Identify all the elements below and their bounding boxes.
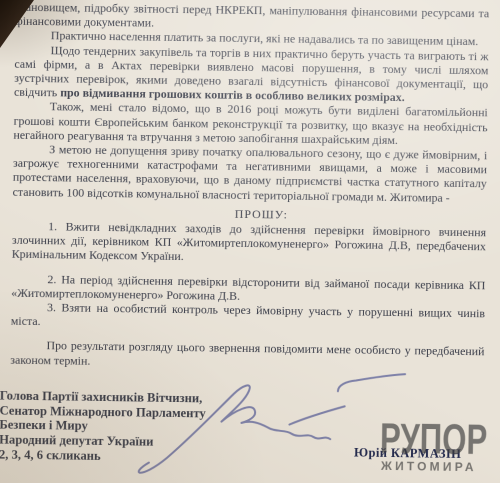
- signature-stroke: [289, 406, 344, 426]
- body-paragraph: Також, мені стало відомо, що в 2016 році…: [13, 99, 488, 148]
- request-item: 1. Вжити невідкладних заходів до здійсне…: [12, 219, 487, 268]
- photographed-letter: становищем, підробку звітності перед НКР…: [0, 0, 500, 483]
- watermark-title: РУПОР: [380, 417, 479, 463]
- signature-stroke: [338, 373, 405, 392]
- signature-stroke: [139, 384, 331, 475]
- rupor-zhytomyra-watermark: РУПОР ЖИТОМИРА: [369, 417, 490, 475]
- body-paragraph: З метою не допущення зриву початку опалю…: [13, 142, 488, 205]
- letter-page: становищем, підробку звітності перед НКР…: [0, 0, 500, 483]
- body-paragraph: Щодо тендерних закупівель та торгів в ни…: [14, 42, 489, 105]
- request-item: 3. Взяти на особистий контроль через ймо…: [11, 300, 485, 335]
